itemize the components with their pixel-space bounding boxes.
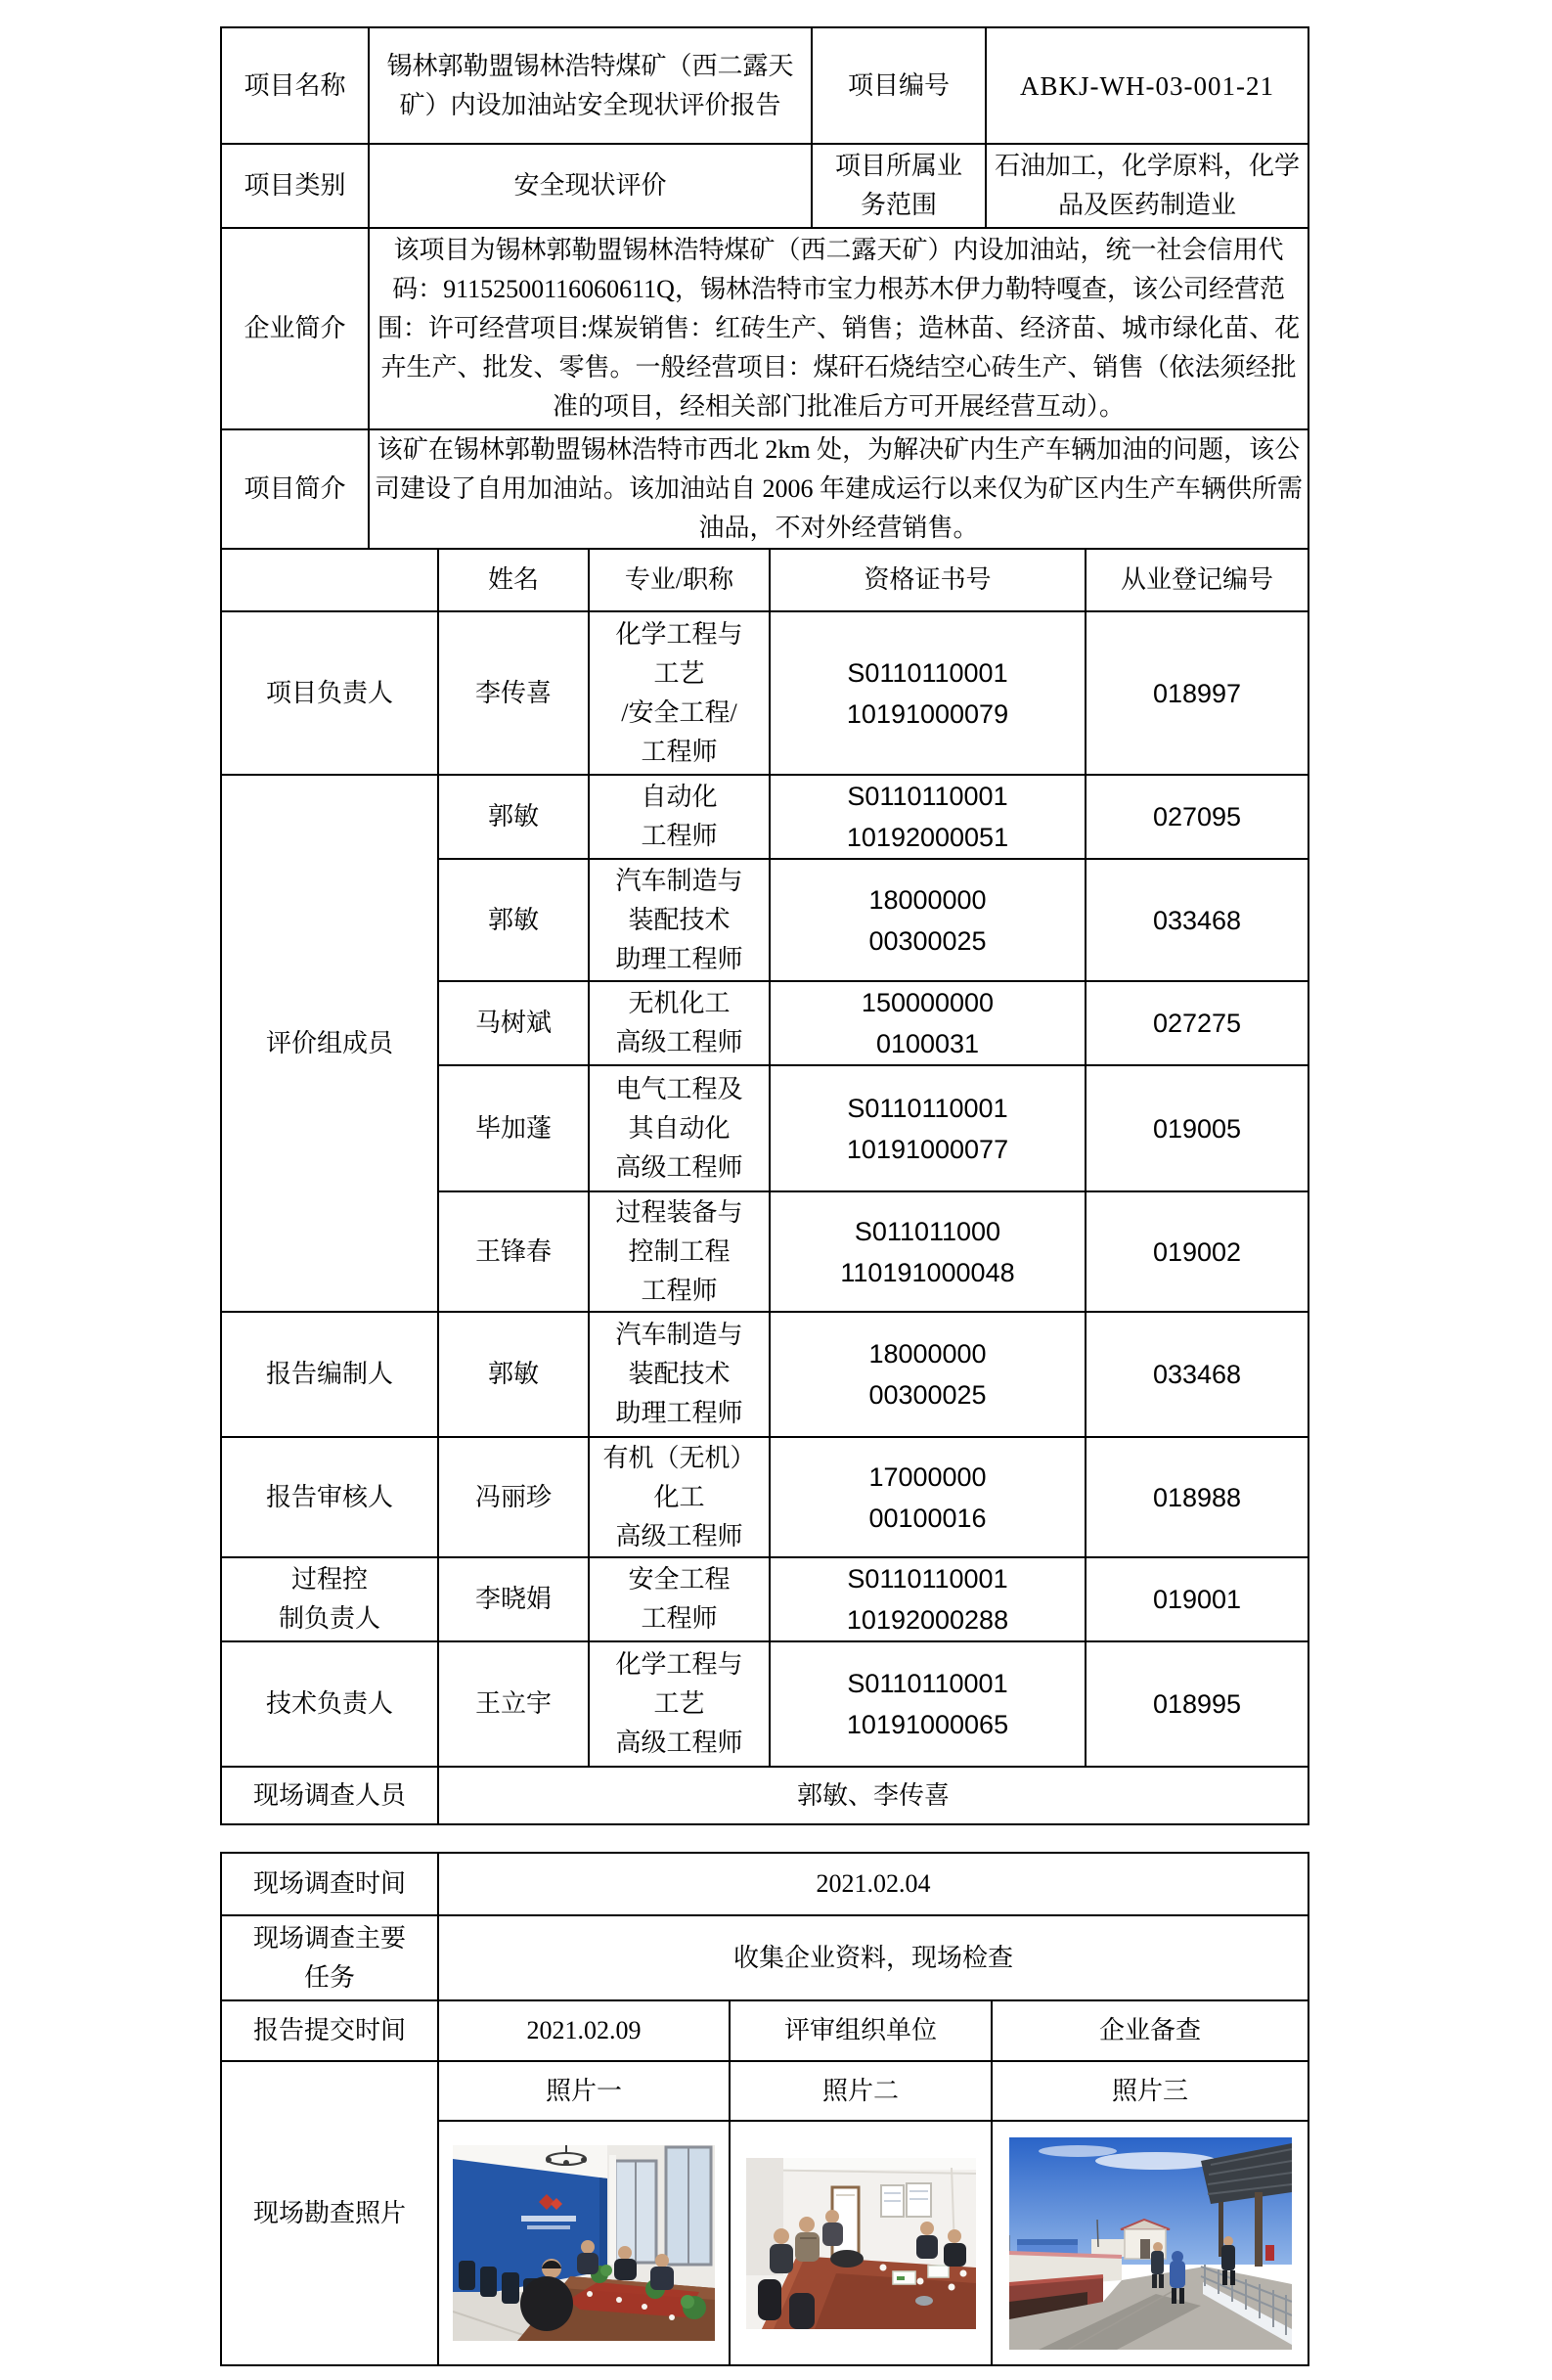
review-org-label: 评审组织单位 [730,2000,992,2061]
project-number-value: ABKJ-WH-03-001-21 [986,27,1308,144]
project-info-table: 项目名称 锡林郭勒盟锡林浩特煤矿（西二露天矿）内设加油站安全现状评价报告 项目编… [220,26,1309,1825]
technical-name: 王立宇 [438,1641,589,1767]
compiler-cert: 18000000 00300025 [770,1312,1086,1437]
team-member-name: 马树斌 [438,981,589,1065]
role-site-investigators: 现场调查人员 [221,1767,438,1824]
team-member-cert: 150000000 0100031 [770,981,1086,1065]
team-member-reg: 027275 [1086,981,1308,1065]
photo-1-cell [438,2121,730,2365]
reviewer-name: 冯丽珍 [438,1437,589,1557]
team-member-reg: 019005 [1086,1065,1308,1191]
compiler-title: 汽车制造与 装配技术 助理工程师 [589,1312,770,1437]
project-profile-text: 该矿在锡林郭勒盟锡林浩特市西北 2km 处，为解决矿内生产车辆加油的问题，该公司… [369,429,1308,549]
reviewer-cert: 17000000 00100016 [770,1437,1086,1557]
team-member-cert: S0110110001 10191000077 [770,1065,1086,1191]
process-name: 李晓娟 [438,1557,589,1641]
team-member-title: 过程装备与 控制工程 工程师 [589,1191,770,1312]
project-profile-label: 项目简介 [221,429,369,549]
team-member-name: 郭敏 [438,859,589,981]
technical-reg: 018995 [1086,1641,1308,1767]
business-scope-value: 石油加工，化学原料，化学品及医药制造业 [986,144,1308,228]
personnel-header-reg: 从业登记编号 [1086,549,1308,611]
company-profile-text: 该项目为锡林郭勒盟锡林浩特煤矿（西二露天矿）内设加油站，统一社会信用代码：911… [369,228,1308,429]
reviewer-reg: 018988 [1086,1437,1308,1557]
document-page: 项目名称 锡林郭勒盟锡林浩特煤矿（西二露天矿）内设加油站安全现状评价报告 项目编… [0,0,1552,2380]
site-photo-2 [746,2158,976,2329]
project-type-label: 项目类别 [221,144,369,228]
process-title: 安全工程 工程师 [589,1557,770,1641]
project-type-value: 安全现状评价 [369,144,812,228]
business-scope-label: 项目所属业 务范围 [812,144,986,228]
role-evaluation-team: 评价组成员 [221,775,438,1312]
photo-2-cell [730,2121,992,2365]
project-name-label: 项目名称 [221,27,369,144]
leader-cert: S0110110001 10191000079 [770,611,1086,775]
site-photo-1 [453,2145,715,2341]
technical-cert: S0110110001 10191000065 [770,1641,1086,1767]
personnel-header-title: 专业/职称 [589,549,770,611]
compiler-reg: 033468 [1086,1312,1308,1437]
process-reg: 019001 [1086,1557,1308,1641]
team-member-name: 毕加蓬 [438,1065,589,1191]
site-photo-3 [1009,2137,1292,2350]
team-member-name: 王锋春 [438,1191,589,1312]
company-profile-label: 企业简介 [221,228,369,429]
role-technical-lead: 技术负责人 [221,1641,438,1767]
survey-task-value: 收集企业资料，现场检查 [438,1915,1308,2000]
team-member-cert: 18000000 00300025 [770,859,1086,981]
team-member-reg: 027095 [1086,775,1308,859]
compiler-name: 郭敏 [438,1312,589,1437]
leader-title: 化学工程与 工艺 /安全工程/ 工程师 [589,611,770,775]
leader-reg: 018997 [1086,611,1308,775]
project-name-value: 锡林郭勒盟锡林浩特煤矿（西二露天矿）内设加油站安全现状评价报告 [369,27,812,144]
survey-task-label: 现场调查主要 任务 [221,1915,438,2000]
photo-1-title: 照片一 [438,2061,730,2121]
photo-3-cell [992,2121,1308,2365]
team-member-name: 郭敏 [438,775,589,859]
team-member-title: 无机化工 高级工程师 [589,981,770,1065]
team-member-title: 自动化 工程师 [589,775,770,859]
leader-name: 李传喜 [438,611,589,775]
team-member-title: 汽车制造与 装配技术 助理工程师 [589,859,770,981]
team-member-cert: S0110110001 10192000051 [770,775,1086,859]
review-org-value: 企业备查 [992,2000,1308,2061]
process-cert: S0110110001 10192000288 [770,1557,1086,1641]
team-member-cert: S011011000 110191000048 [770,1191,1086,1312]
role-report-compiler: 报告编制人 [221,1312,438,1437]
reviewer-title: 有机（无机） 化工 高级工程师 [589,1437,770,1557]
photo-2-title: 照片二 [730,2061,992,2121]
report-submit-label: 报告提交时间 [221,2000,438,2061]
role-report-reviewer: 报告审核人 [221,1437,438,1557]
site-investigators-value: 郭敏、李传喜 [438,1767,1308,1824]
site-survey-table: 现场调查时间 2021.02.04 现场调查主要 任务 收集企业资料，现场检查 … [220,1852,1309,2366]
technical-title: 化学工程与 工艺 高级工程师 [589,1641,770,1767]
photo-3-title: 照片三 [992,2061,1308,2121]
team-member-reg: 019002 [1086,1191,1308,1312]
survey-time-value: 2021.02.04 [438,1853,1308,1915]
personnel-header-blank [221,549,438,611]
team-member-title: 电气工程及 其自动化 高级工程师 [589,1065,770,1191]
report-submit-date: 2021.02.09 [438,2000,730,2061]
role-project-leader: 项目负责人 [221,611,438,775]
team-member-reg: 033468 [1086,859,1308,981]
survey-time-label: 现场调查时间 [221,1853,438,1915]
project-number-label: 项目编号 [812,27,986,144]
role-process-control: 过程控 制负责人 [221,1557,438,1641]
site-photos-label: 现场勘查照片 [221,2061,438,2365]
personnel-header-name: 姓名 [438,549,589,611]
personnel-header-cert: 资格证书号 [770,549,1086,611]
